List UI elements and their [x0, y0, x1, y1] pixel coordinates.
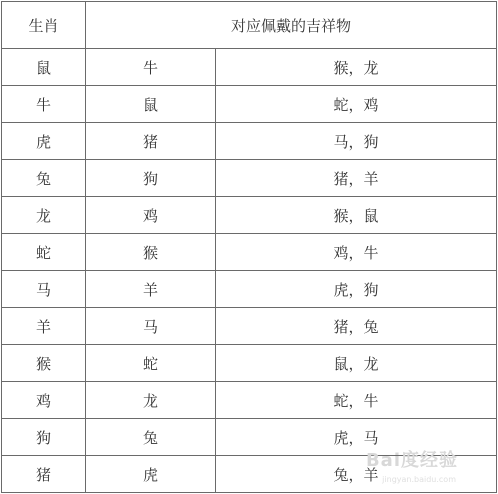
primary-mascot-cell: 马: [86, 308, 216, 345]
table-row: 虎猪马，狗: [2, 123, 497, 160]
header-mascot: 对应佩戴的吉祥物: [86, 2, 497, 49]
secondary-mascot-cell: 猪，兔: [216, 308, 497, 345]
table-row: 猴蛇鼠，龙: [2, 345, 497, 382]
primary-mascot-cell: 鼠: [86, 86, 216, 123]
primary-mascot-cell: 鸡: [86, 197, 216, 234]
zodiac-cell: 牛: [2, 86, 86, 123]
table-row: 龙鸡猴，鼠: [2, 197, 497, 234]
secondary-mascot-cell: 猴，龙: [216, 49, 497, 86]
table-row: 牛鼠蛇，鸡: [2, 86, 497, 123]
zodiac-cell: 虎: [2, 123, 86, 160]
zodiac-cell: 羊: [2, 308, 86, 345]
zodiac-cell: 马: [2, 271, 86, 308]
primary-mascot-cell: 蛇: [86, 345, 216, 382]
table-row: 羊马猪，兔: [2, 308, 497, 345]
secondary-mascot-cell: 蛇，鸡: [216, 86, 497, 123]
secondary-mascot-cell: 虎，狗: [216, 271, 497, 308]
primary-mascot-cell: 龙: [86, 382, 216, 419]
zodiac-cell: 鸡: [2, 382, 86, 419]
primary-mascot-cell: 虎: [86, 456, 216, 493]
zodiac-cell: 狗: [2, 419, 86, 456]
zodiac-cell: 猴: [2, 345, 86, 382]
table-row: 鸡龙蛇，牛: [2, 382, 497, 419]
table-row: 兔狗猪，羊: [2, 160, 497, 197]
primary-mascot-cell: 牛: [86, 49, 216, 86]
table-row: 马羊虎，狗: [2, 271, 497, 308]
watermark-url: jingyan.baidu.com: [382, 475, 456, 484]
secondary-mascot-cell: 猴，鼠: [216, 197, 497, 234]
primary-mascot-cell: 兔: [86, 419, 216, 456]
secondary-mascot-cell: 鼠，龙: [216, 345, 497, 382]
secondary-mascot-cell: 鸡，牛: [216, 234, 497, 271]
secondary-mascot-cell: 马，狗: [216, 123, 497, 160]
secondary-mascot-cell: 猪，羊: [216, 160, 497, 197]
primary-mascot-cell: 羊: [86, 271, 216, 308]
table-row: 鼠牛猴，龙: [2, 49, 497, 86]
zodiac-cell: 蛇: [2, 234, 86, 271]
table-row: 蛇猴鸡，牛: [2, 234, 497, 271]
primary-mascot-cell: 猴: [86, 234, 216, 271]
primary-mascot-cell: 猪: [86, 123, 216, 160]
secondary-mascot-cell: 蛇，牛: [216, 382, 497, 419]
header-row: 生肖 对应佩戴的吉祥物: [2, 2, 497, 49]
primary-mascot-cell: 狗: [86, 160, 216, 197]
zodiac-cell: 龙: [2, 197, 86, 234]
zodiac-mascot-table: 生肖 对应佩戴的吉祥物 鼠牛猴，龙牛鼠蛇，鸡虎猪马，狗兔狗猪，羊龙鸡猴，鼠蛇猴鸡…: [1, 1, 497, 493]
zodiac-cell: 兔: [2, 160, 86, 197]
header-zodiac: 生肖: [2, 2, 86, 49]
zodiac-cell: 猪: [2, 456, 86, 493]
watermark-logo: Bai度经验: [366, 446, 458, 472]
zodiac-cell: 鼠: [2, 49, 86, 86]
